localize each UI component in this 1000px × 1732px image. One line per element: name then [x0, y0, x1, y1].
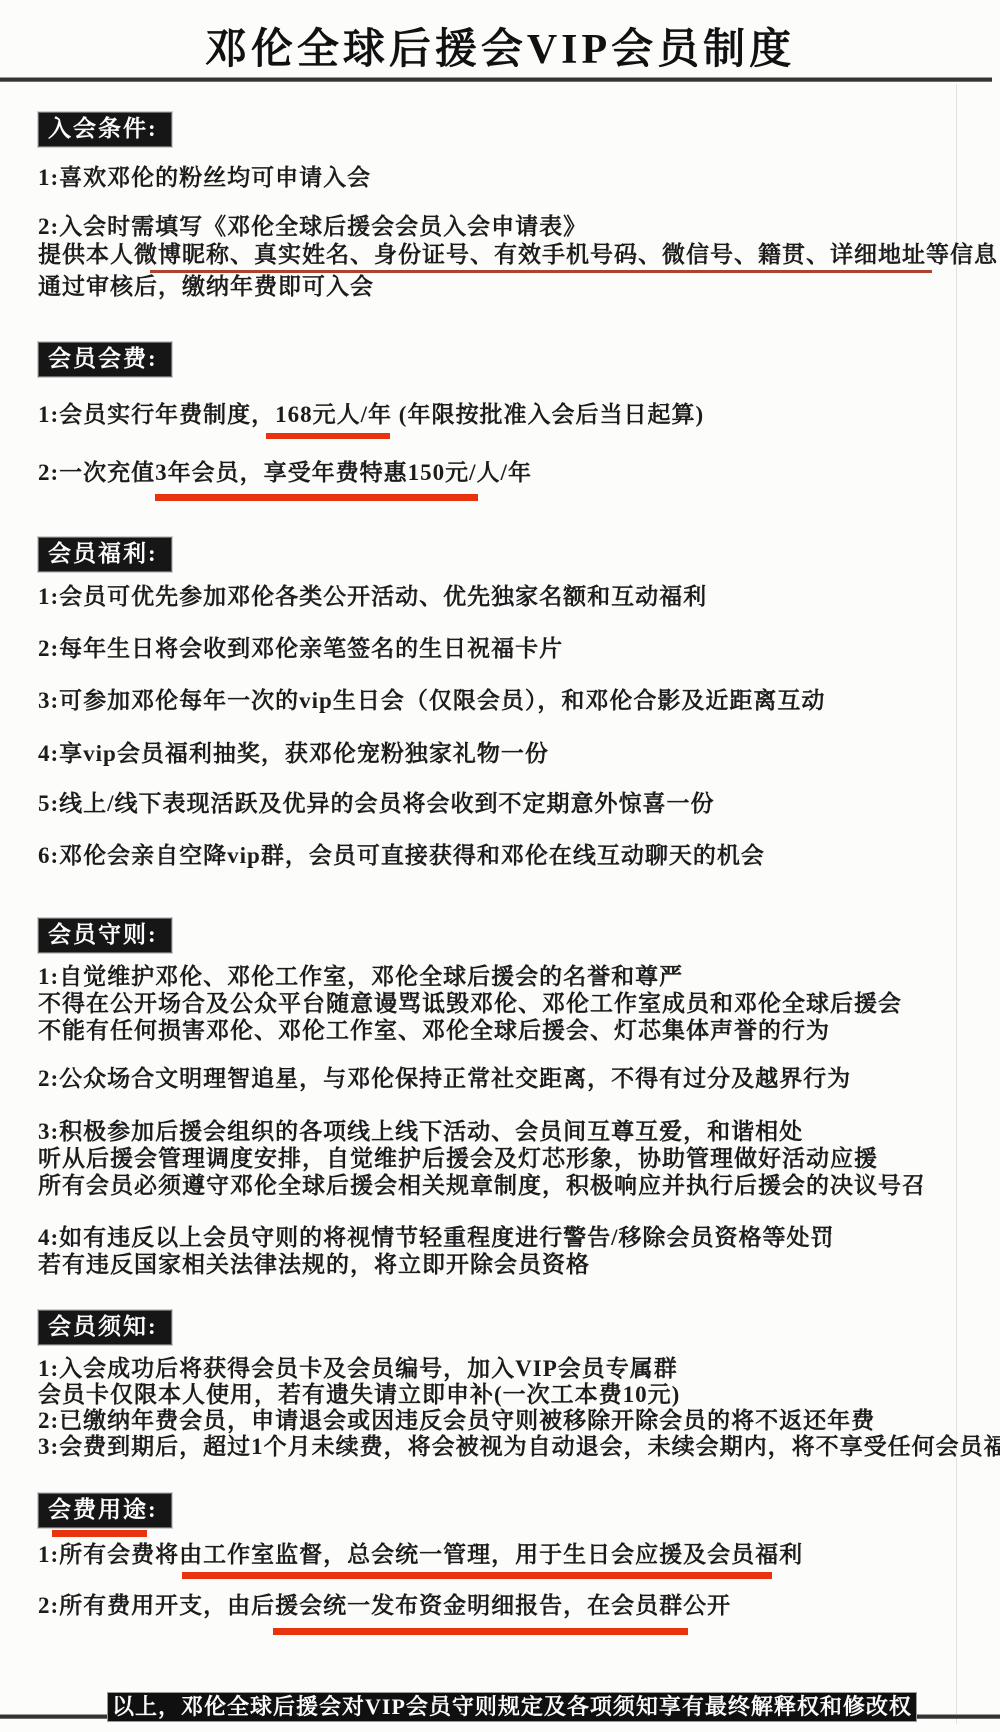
- red-underline: [182, 1572, 772, 1579]
- page-title: 邓伦全球后援会VIP会员制度: [0, 16, 1000, 76]
- text-line: 3:会费到期后，超过1个月未续费，将会被视为自动退会，未续会期内，将不享受任何会…: [38, 1432, 1000, 1462]
- text-line: 6:邓伦会亲自空降vip群，会员可直接获得和邓伦在线互动聊天的机会: [38, 841, 765, 871]
- text-line: 4:如有违反以上会员守则的将视情节轻重程度进行警告/移除会员资格等处罚: [38, 1223, 835, 1253]
- title-divider-rule: [0, 77, 992, 82]
- text-line: 提供本人微博昵称、真实姓名、身份证号、有效手机号码、微信号、籍贯、详细地址等信息: [38, 240, 998, 270]
- text-line: 听从后援会管理调度安排，自觉维护后援会及灯芯形象，协助管理做好活动应援: [38, 1144, 878, 1174]
- page: 邓伦全球后援会VIP会员制度 入会条件: 1:喜欢邓伦的粉丝均可申请入会 2:入…: [0, 0, 1000, 1732]
- section-heading-membership-fee: 会员会费:: [38, 342, 172, 377]
- footer-bar: 以上，邓伦全球后援会对VIP会员守则规定及各项须知享有最终解释权和修改权: [107, 1692, 917, 1722]
- text-line: 1:会员可优先参加邓伦各类公开活动、优先独家名额和互动福利: [38, 582, 707, 612]
- red-underline: [266, 433, 390, 439]
- section-heading-entry-conditions: 入会条件:: [38, 112, 172, 147]
- text-line: 通过审核后，缴纳年费即可入会: [38, 272, 374, 302]
- section-heading-member-benefits: 会员福利:: [38, 537, 172, 572]
- text-line: 4:享vip会员福利抽奖，获邓伦宠粉独家礼物一份: [38, 739, 549, 769]
- red-underline: [52, 1530, 147, 1537]
- section-heading-fee-usage: 会费用途:: [38, 1493, 172, 1528]
- text-line: 若有违反国家相关法律法规的，将立即开除会员资格: [38, 1250, 590, 1280]
- text-line: 1:所有会费将由工作室监督，总会统一管理，用于生日会应援及会员福利: [38, 1540, 803, 1570]
- text-line: 1:自觉维护邓伦、邓伦工作室，邓伦全球后援会的名誉和尊严: [38, 962, 683, 992]
- section-heading-member-notice: 会员须知:: [38, 1310, 172, 1345]
- section-heading-member-rules: 会员守则:: [38, 918, 172, 953]
- red-underline: [273, 1628, 688, 1635]
- text-line: 1:会员实行年费制度，168元人/年 (年限按批准入会后当日起算): [38, 400, 704, 430]
- text-line: 2:所有费用开支，由后援会统一发布资金明细报告，在会员群公开: [38, 1591, 731, 1621]
- text-line: 3:积极参加后援会组织的各项线上线下活动、会员间互尊互爱，和谐相处: [38, 1117, 803, 1147]
- text-line: 2:每年生日将会收到邓伦亲笔签名的生日祝福卡片: [38, 634, 563, 664]
- text-line: 不能有任何损害邓伦、邓伦工作室、邓伦全球后援会、灯芯集体声誉的行为: [38, 1016, 830, 1046]
- text-line: 2:一次充值3年会员，享受年费特惠150元/人/年: [38, 458, 532, 488]
- text-line: 2:入会时需填写《邓伦全球后援会会员入会申请表》: [38, 212, 587, 242]
- text-line: 不得在公开场合及公众平台随意谩骂诋毁邓伦、邓伦工作室成员和邓伦全球后援会: [38, 989, 902, 1019]
- text-line: 3:可参加邓伦每年一次的vip生日会（仅限会员），和邓伦合影及近距离互动: [38, 686, 825, 716]
- text-line: 2:公众场合文明理智追星，与邓伦保持正常社交距离，不得有过分及越界行为: [38, 1064, 851, 1094]
- text-line: 所有会员必须遵守邓伦全球后援会相关规章制度，积极响应并执行后援会的决议号召: [38, 1171, 926, 1201]
- text-line: 1:喜欢邓伦的粉丝均可申请入会: [38, 163, 371, 193]
- page-right-edge: [956, 84, 957, 1724]
- text-line: 5:线上/线下表现活跃及优异的会员将会收到不定期意外惊喜一份: [38, 789, 715, 819]
- red-underline: [155, 494, 478, 501]
